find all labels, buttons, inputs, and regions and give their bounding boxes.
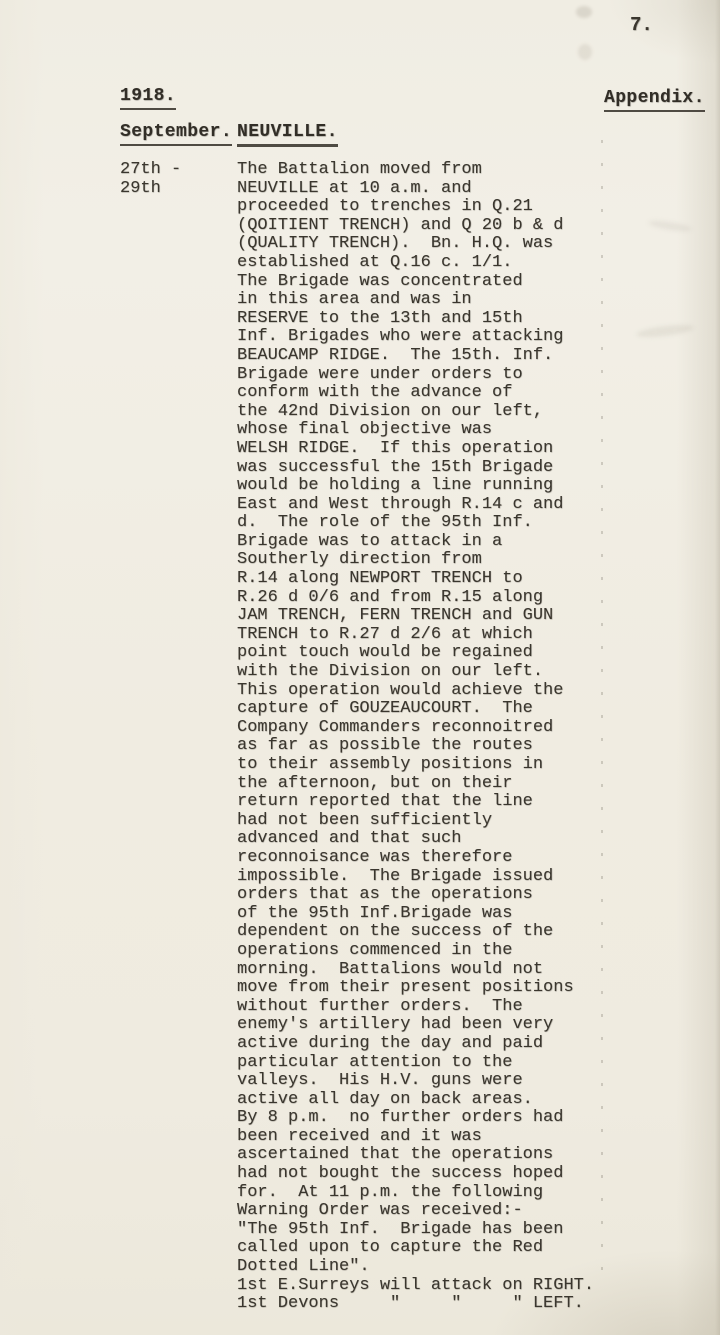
entry-date-start: 27th - <box>120 161 181 180</box>
text-line: advanced and that such <box>237 830 594 849</box>
text-line: of the 95th Inf.Brigade was <box>237 905 594 924</box>
text-line: reconnoisance was therefore <box>237 849 594 868</box>
text-line: would be holding a line running <box>237 477 594 496</box>
paper-smudge <box>578 44 592 60</box>
text-line: was successful the 15th Brigade <box>237 459 594 478</box>
text-line: Brigade were under orders to <box>237 366 594 385</box>
text-line: orders that as the operations <box>237 886 594 905</box>
text-line: active during the day and paid <box>237 1035 594 1054</box>
text-line: d. The role of the 95th Inf. <box>237 514 594 533</box>
diary-page: 7. 1918. Appendix. September. NEUVILLE. … <box>0 0 720 1335</box>
text-line: operations commenced in the <box>237 942 594 961</box>
text-line: had not been sufficiently <box>237 812 594 831</box>
text-line: in this area and was in <box>237 291 594 310</box>
text-line: R.14 along NEWPORT TRENCH to <box>237 570 594 589</box>
text-line: point touch would be regained <box>237 644 594 663</box>
text-line: had not bought the success hoped <box>237 1165 594 1184</box>
text-line: particular attention to the <box>237 1054 594 1073</box>
entry-body-text: The Battalion moved fromNEUVILLE at 10 a… <box>237 161 594 1314</box>
text-line: without further orders. The <box>237 998 594 1017</box>
text-line: Southerly direction from <box>237 551 594 570</box>
text-line: By 8 p.m. no further orders had <box>237 1109 594 1128</box>
text-line: the 42nd Division on our left, <box>237 403 594 422</box>
text-line: (QUALITY TRENCH). Bn. H.Q. was <box>237 235 594 254</box>
text-line: ascertained that the operations <box>237 1146 594 1165</box>
text-line: R.26 d 0/6 and from R.15 along <box>237 589 594 608</box>
text-line: East and West through R.14 c and <box>237 496 594 515</box>
text-line: conform with the advance of <box>237 384 594 403</box>
text-line: Dotted Line". <box>237 1258 594 1277</box>
appendix-label: Appendix. <box>604 88 705 112</box>
paper-smudge <box>648 219 693 234</box>
entry-date-range: 27th - 29th <box>120 161 181 198</box>
text-line: enemy's artillery had been very <box>237 1016 594 1035</box>
text-line: BEAUCAMP RIDGE. The 15th. Inf. <box>237 347 594 366</box>
text-line: "The 95th Inf. Brigade has been <box>237 1221 594 1240</box>
text-line: The Brigade was concentrated <box>237 273 594 292</box>
place-heading: NEUVILLE. <box>237 122 338 147</box>
text-line: valleys. His H.V. guns were <box>237 1072 594 1091</box>
text-line: Brigade was to attack in a <box>237 533 594 552</box>
text-line: return reported that the line <box>237 793 594 812</box>
text-line: JAM TRENCH, FERN TRENCH and GUN <box>237 607 594 626</box>
paper-smudge <box>576 6 592 18</box>
text-line: to their assembly positions in <box>237 756 594 775</box>
text-line: 1st E.Surreys will attack on RIGHT. <box>237 1277 594 1296</box>
text-line: (QOITIENT TRENCH) and Q 20 b & d <box>237 217 594 236</box>
paper-smudge <box>636 323 695 340</box>
text-line: for. At 11 p.m. the following <box>237 1184 594 1203</box>
text-line: 1st Devons " " " LEFT. <box>237 1295 594 1314</box>
text-line: with the Division on our left. <box>237 663 594 682</box>
text-line: move from their present positions <box>237 979 594 998</box>
text-line: been received and it was <box>237 1128 594 1147</box>
text-line: whose final objective was <box>237 421 594 440</box>
text-line: impossible. The Brigade issued <box>237 868 594 887</box>
paper-fold-crease <box>601 140 603 1275</box>
text-line: Company Commanders reconnoitred <box>237 719 594 738</box>
text-line: established at Q.16 c. 1/1. <box>237 254 594 273</box>
text-line: RESERVE to the 13th and 15th <box>237 310 594 329</box>
text-line: TRENCH to R.27 d 2/6 at which <box>237 626 594 645</box>
entry-date-end: 29th <box>120 180 181 199</box>
text-line: active all day on back areas. <box>237 1091 594 1110</box>
text-line: NEUVILLE at 10 a.m. and <box>237 180 594 199</box>
text-line: called upon to capture the Red <box>237 1239 594 1258</box>
page-number: 7. <box>630 14 653 36</box>
month-label: September. <box>120 122 232 146</box>
text-line: Warning Order was received:- <box>237 1202 594 1221</box>
text-line: Inf. Brigades who were attacking <box>237 328 594 347</box>
text-line: as far as possible the routes <box>237 737 594 756</box>
text-line: capture of GOUZEAUCOURT. The <box>237 700 594 719</box>
text-line: dependent on the success of the <box>237 923 594 942</box>
text-line: WELSH RIDGE. If this operation <box>237 440 594 459</box>
text-line: morning. Battalions would not <box>237 961 594 980</box>
text-line: This operation would achieve the <box>237 682 594 701</box>
text-line: The Battalion moved from <box>237 161 594 180</box>
text-line: proceeded to trenches in Q.21 <box>237 198 594 217</box>
text-line: the afternoon, but on their <box>237 775 594 794</box>
year-heading: 1918. <box>120 86 176 110</box>
